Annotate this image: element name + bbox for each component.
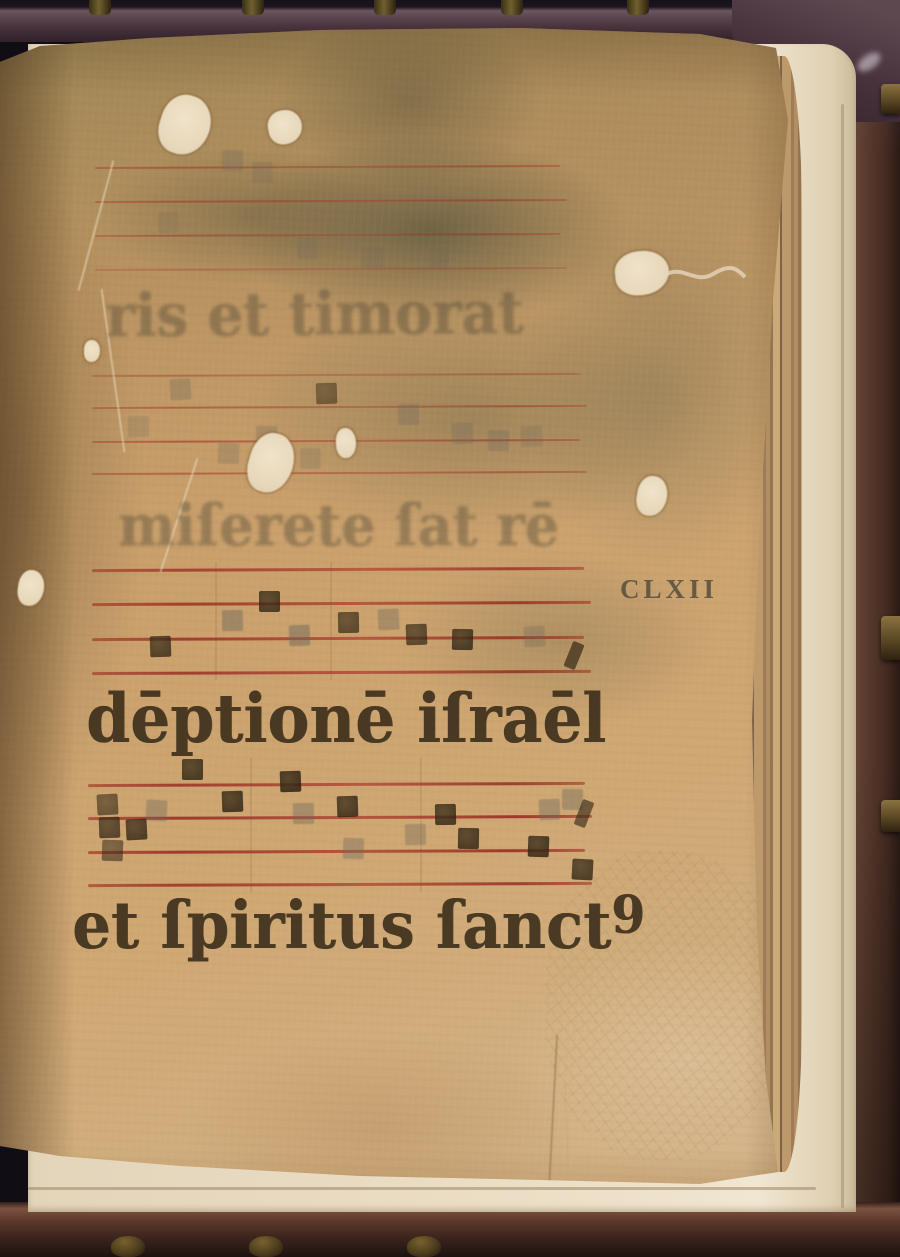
neume <box>377 608 399 630</box>
neume <box>398 404 419 425</box>
binding-knob <box>627 0 649 15</box>
neume <box>539 799 561 821</box>
neume <box>406 624 428 646</box>
neume <box>528 836 550 858</box>
binding-clasp <box>881 84 900 114</box>
neume <box>362 247 383 268</box>
neume <box>316 383 338 405</box>
neume <box>182 759 203 780</box>
parchment-crease <box>564 1085 569 1185</box>
binding-knob <box>242 0 264 15</box>
binding-knob <box>374 0 396 15</box>
neume <box>343 838 365 860</box>
lyric-text-line-2-body: et ſpiritus ſanct <box>72 888 611 964</box>
neume <box>99 817 121 839</box>
neume <box>452 423 474 445</box>
parchment-hole <box>335 427 357 458</box>
staff-line <box>88 782 585 787</box>
ruling-line <box>250 758 252 892</box>
neume <box>252 162 274 184</box>
neume <box>337 796 359 818</box>
neume <box>222 150 243 171</box>
staff-line <box>92 405 587 409</box>
neume <box>125 818 147 840</box>
staff-line <box>92 471 587 475</box>
neume <box>435 804 456 825</box>
staff-line <box>88 849 585 854</box>
hole-scratch-tail <box>663 259 747 295</box>
neume <box>150 636 172 658</box>
neume <box>259 591 280 612</box>
neume <box>523 625 545 647</box>
neume <box>297 238 318 259</box>
neume <box>571 858 593 880</box>
neume <box>293 803 314 824</box>
parchment-crack <box>78 160 115 291</box>
faded-text-line-1: ris et timorat <box>105 280 524 350</box>
neume <box>222 791 244 813</box>
staff-line <box>95 267 567 271</box>
neume <box>96 793 118 815</box>
lyric-text-line-2: et ſpiritus ſanct9 <box>72 890 645 962</box>
manuscript-photograph: ris et timorat miſerete ſat rē dēptionē … <box>0 0 900 1257</box>
binding-boss <box>111 1236 145 1257</box>
neume <box>169 378 191 400</box>
binding-knob <box>501 0 523 15</box>
staff-line <box>95 199 567 203</box>
staff-line <box>92 601 591 606</box>
neume <box>280 771 302 793</box>
parchment-hole <box>84 340 100 362</box>
parchment-hole <box>265 107 305 147</box>
folio-number: CLXII <box>620 574 718 605</box>
staff-line <box>92 670 591 675</box>
neume <box>428 247 450 269</box>
binding-clasp <box>881 616 900 660</box>
neume <box>452 629 473 650</box>
staff-line <box>92 373 580 377</box>
neume <box>128 416 149 437</box>
neume <box>488 430 509 451</box>
parchment-hole <box>152 89 218 162</box>
ruling-line <box>215 562 217 680</box>
neume <box>405 824 426 845</box>
manuscript-page: ris et timorat miſerete ſat rē dēptionē … <box>0 0 800 1210</box>
neume <box>338 612 359 633</box>
neume <box>289 625 311 647</box>
ruling-line <box>330 562 332 680</box>
parchment-hole <box>242 428 301 498</box>
neume <box>218 443 240 465</box>
neume <box>145 799 167 821</box>
us-abbreviation-mark: 9 <box>611 887 645 944</box>
neume <box>300 448 321 469</box>
neume <box>157 211 179 233</box>
parchment-hole <box>16 568 47 607</box>
neume <box>563 641 584 671</box>
neume <box>222 610 243 631</box>
neume <box>458 828 479 849</box>
neume <box>102 840 124 862</box>
binding-clasp <box>881 800 900 832</box>
binding-boss <box>407 1236 441 1257</box>
neume <box>521 426 543 448</box>
staff-line <box>95 165 560 169</box>
binding-knob <box>89 0 111 15</box>
parchment-crease <box>548 1035 558 1190</box>
parchment-hole <box>634 474 670 519</box>
staff-line <box>95 233 560 237</box>
faded-text-line-2: miſerete ſat rē <box>118 494 559 558</box>
staff-line <box>88 882 592 887</box>
staff-line <box>92 567 584 572</box>
lyric-text-line-1: dēptionē iſraēl <box>86 682 606 756</box>
binding-boss <box>249 1236 283 1257</box>
